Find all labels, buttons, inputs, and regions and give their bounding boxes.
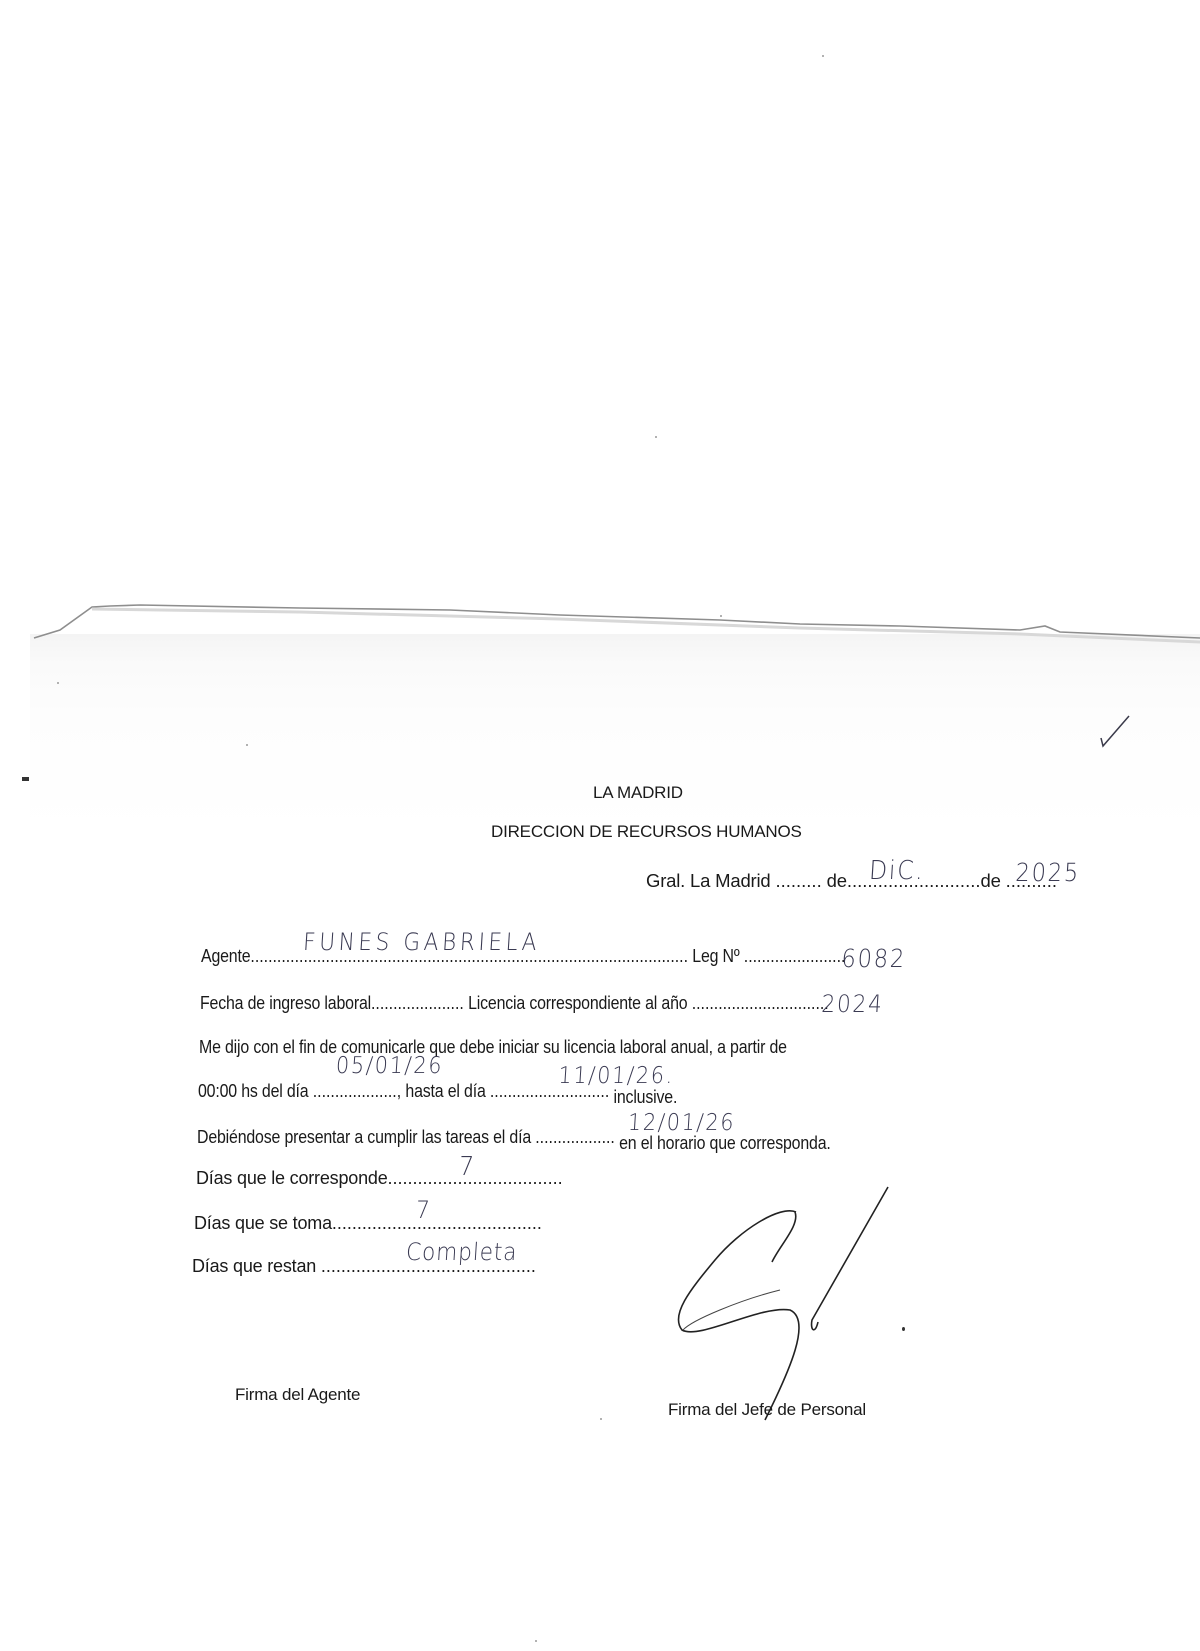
days-label: Días que restan [192,1256,316,1276]
agent-name-handwritten: FUNES GABRIELA [302,928,541,956]
ingreso-line: Fecha de ingreso laboral................… [200,992,829,1014]
inclusive-label: inclusive. [614,1086,678,1107]
agent-label: Agente [201,945,250,966]
start-field: ..................., [313,1080,401,1101]
days-row-toma: Días que se toma........................… [194,1213,542,1234]
licencia-year-handwritten: 2024 [821,990,885,1018]
days-label: Días que se toma [194,1213,332,1233]
paragraph-line-1: Me dijo con el fin de comunicarle que de… [199,1036,787,1058]
scan-speck [600,1418,602,1420]
department-title: DIRECCION DE RECURSOS HUMANOS [491,822,802,842]
de-label: de [827,870,847,891]
chief-signature-label: Firma del Jefe de Personal [668,1400,866,1420]
org-title: LA MADRID [593,783,683,803]
scan-blank-area [0,0,1200,640]
days-restan-handwritten: Completa [405,1238,518,1266]
scan-mark [22,777,29,781]
start-date-handwritten: 05/01/26 [335,1053,444,1079]
day-field: ......... [775,870,821,891]
place-label: Gral. La Madrid [646,870,771,891]
days-field: ........................................… [332,1213,542,1233]
licencia-field: ............................... [692,992,829,1013]
leg-field: ....................... [744,945,846,966]
return-label: Debiéndose presentar a cumplir las tarea… [197,1126,531,1147]
return-field: .................. [535,1126,615,1147]
ingreso-field: ..................... [371,992,464,1013]
end-label: hasta el día [405,1080,485,1101]
ingreso-label: Fecha de ingreso laboral [200,992,371,1013]
days-toma-handwritten: 7 [415,1196,432,1224]
licencia-label: Licencia correspondiente al año [468,992,687,1013]
agent-signature-label: Firma del Agente [235,1385,360,1405]
scan-speck [535,1640,537,1642]
checkmark-icon [1095,712,1135,748]
scan-speck [246,744,248,746]
days-row-corresponde: Días que le corresponde.................… [196,1168,563,1189]
end-date-handwritten: 11/01/26. [558,1063,675,1089]
scan-speck [720,615,722,617]
leg-handwritten: 6082 [841,944,907,973]
year-handwritten: 2025 [1015,858,1081,887]
leg-label: Leg Nº [692,945,739,966]
ink-dot [902,1327,905,1331]
scan-speck [822,55,824,57]
start-label: 00:00 hs del día [198,1080,308,1101]
place-date-line: Gral. La Madrid ......... de............… [646,870,1057,892]
days-corresponde-handwritten: 7 [458,1152,477,1182]
month-handwritten: DiC. [868,856,925,886]
days-label: Días que le corresponde [196,1168,388,1188]
return-date-handwritten: 12/01/26 [627,1110,736,1136]
scan-speck [57,682,59,684]
de-label: de [981,870,1001,891]
return-line: Debiéndose presentar a cumplir las tarea… [197,1126,831,1148]
scan-speck [655,436,657,438]
